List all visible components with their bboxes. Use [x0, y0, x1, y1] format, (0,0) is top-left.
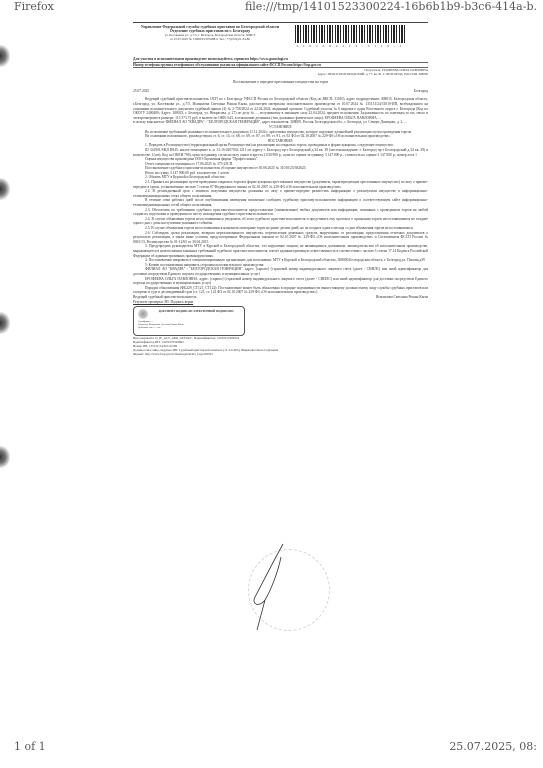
stamp-details: Сертификат: ... Владелец: Исмаилова Свет…: [138, 321, 238, 329]
intro-paragraph: Ведущий судебный пристав-исполнитель ОСП…: [133, 97, 428, 120]
document-date: 25.07.2025: [133, 89, 149, 94]
resolved-paragraph: 2.3. Обеспечить по требованию судебного …: [133, 208, 428, 217]
resolved-paragraph: В течение семи рабочих дней после опубли…: [133, 198, 428, 207]
handwritten-signature-icon: [243, 542, 303, 632]
scan-punch-mark: [0, 312, 10, 334]
scan-punch-mark: [0, 45, 10, 67]
barcode-icon: [295, 25, 405, 43]
signature-verification: Результат проверки ЭП: Подпись верна: [133, 300, 428, 305]
signer-name: Исмаилова Светлана Рошан Кызы: [376, 295, 428, 300]
scan-punch-mark: [0, 178, 10, 200]
barcode-number: 3 1 0 1 5 8 4 2 2 4 / 3 1 1 0 - 1: [295, 44, 405, 49]
resolved-paragraph: 2.2. В десятидневный срок с момента полу…: [133, 189, 428, 198]
browser-header-title: Firefox: [14, 0, 54, 13]
stamp-title: ДОКУМЕНТ ПОДПИСАН ЭЛЕКТРОННОЙ ПОДПИСЬЮ: [152, 310, 240, 313]
phone-note: Номер телефона группы телефонного обслуж…: [133, 62, 428, 69]
resolved-paragraph: 2.6. Соблюдать сроки реализации, возврат…: [133, 231, 428, 245]
resolved-paragraph: 3. Предупредить руководителя МТУ в Курск…: [133, 244, 428, 258]
resolved-paragraph: 2.4. В случае объявления торгов несостоя…: [133, 217, 428, 226]
resolved-paragraph: 2.5. В случае объявления торгов несостоя…: [133, 226, 428, 231]
org-block: Управление Федеральной службы судебных п…: [135, 25, 285, 41]
resolved-paragraph: Порядок обжалования (ФБ229_СТ121_СТ122):…: [133, 286, 428, 295]
browser-header-url: file:///tmp/14101523300224-16b6b1b9-b3c6…: [245, 0, 537, 13]
document-letterhead: Управление Федеральной службы судебных п…: [133, 22, 428, 57]
scan-punch-mark: [0, 446, 10, 468]
document-city: Белгород: [414, 89, 428, 94]
dept-contacts: от 25.07.2025 № 31008/25/50328811 Тел.: …: [135, 38, 285, 42]
print-timestamp: 25.07.2025, 08:: [449, 740, 537, 753]
e-signature-stamp: ДОКУМЕНТ ПОДПИСАН ЭЛЕКТРОННОЙ ПОДПИСЬЮ С…: [133, 306, 245, 336]
signer-role: Ведущий судебный пристав-исполнитель: [133, 295, 196, 300]
resolved-paragraph: ФИЛИАЛ АО "КВАДРА" - "БЕЛГОРОДСКАЯ ГЕНЕР…: [133, 267, 428, 276]
stamp-line: Действителен: с ... по ...: [138, 327, 238, 330]
resolved-paragraph: 2.1. Принять на реализацию путем проведе…: [133, 180, 428, 189]
scanned-document-page: Управление Федеральной службы судебных п…: [133, 22, 428, 662]
page-counter: 1 of 1: [14, 740, 46, 753]
resolved-list: 1. Передать в Росимущество (территориаль…: [133, 143, 428, 295]
coat-of-arms-icon: [138, 309, 148, 319]
resolved-paragraph: ЕРОФЕЕВА ОЛЬГА ПАВЛОВНА, адрес: [скрыто]…: [133, 277, 428, 286]
meta-line: Формат: http://www.fssp.gov.ru/mattergen…: [133, 352, 428, 356]
resolved-paragraph: ID 341901/SR21D945: жилое помещение к. н…: [133, 148, 428, 157]
document-meta: Вид документа: O_IP_ACT_ARR_GETAUC. Иден…: [133, 336, 428, 356]
